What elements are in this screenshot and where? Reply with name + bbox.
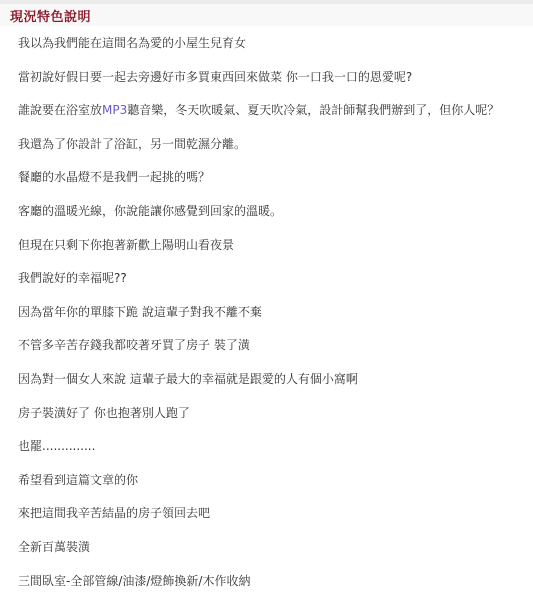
section-header: 現況特色說明 [0,4,533,26]
paragraph-text: 聽音樂，冬天吹暖氣、夏天吹冷氣，設計師幫我們辦到了，但你人呢？ [127,103,499,117]
paragraph: 三間臥室-全部管線/油漆/燈飾換新/木作收納 [18,574,533,588]
paragraph-text: 誰說要在浴室放 [18,103,102,117]
paragraph: 因為對一個女人來說 這輩子最大的幸福就是跟愛的人有個小窩啊 [18,372,533,386]
paragraph: 但現在只剩下你抱著新歡上陽明山看夜景 [18,238,533,252]
paragraph: 我們說好的幸福呢?? [18,271,533,285]
paragraph: 不管多辛苦存錢我都咬著牙買了房子 裝了潢 [18,338,533,352]
paragraph: 來把這間我辛苦結晶的房子領回去吧 [18,506,533,520]
paragraph: 我還為了你設計了浴缸，另一間乾濕分離。 [18,137,533,151]
paragraph: 因為當年你的單膝下跪 說這輩子對我不離不棄 [18,305,533,319]
paragraph: 客廳的溫暖光線，你說能讓你感覺到回家的溫暖。 [18,204,533,218]
paragraph: 當初說好假日要一起去旁邊好市多買東西回來做菜 你一口我一口的恩愛呢? [18,70,533,84]
paragraph: 也罷.............. [18,439,533,453]
paragraph: 房子裝潢好了 你也抱著別人跑了 [18,406,533,420]
paragraph: 全新百萬裝潢 [18,540,533,554]
description-content: 我以為我們能在這間名為愛的小屋生兒育女 當初說好假日要一起去旁邊好市多買東西回來… [0,26,533,588]
paragraph: 誰說要在浴室放MP3聽音樂，冬天吹暖氣、夏天吹冷氣，設計師幫我們辦到了，但你人呢… [18,103,533,117]
paragraph: 希望看到這篇文章的你 [18,473,533,487]
section-title: 現況特色說明 [10,6,91,25]
highlight-text: MP3 [102,103,127,117]
paragraph: 餐廳的水晶燈不是我們一起挑的嗎？ [18,170,533,184]
paragraph: 我以為我們能在這間名為愛的小屋生兒育女 [18,36,533,50]
